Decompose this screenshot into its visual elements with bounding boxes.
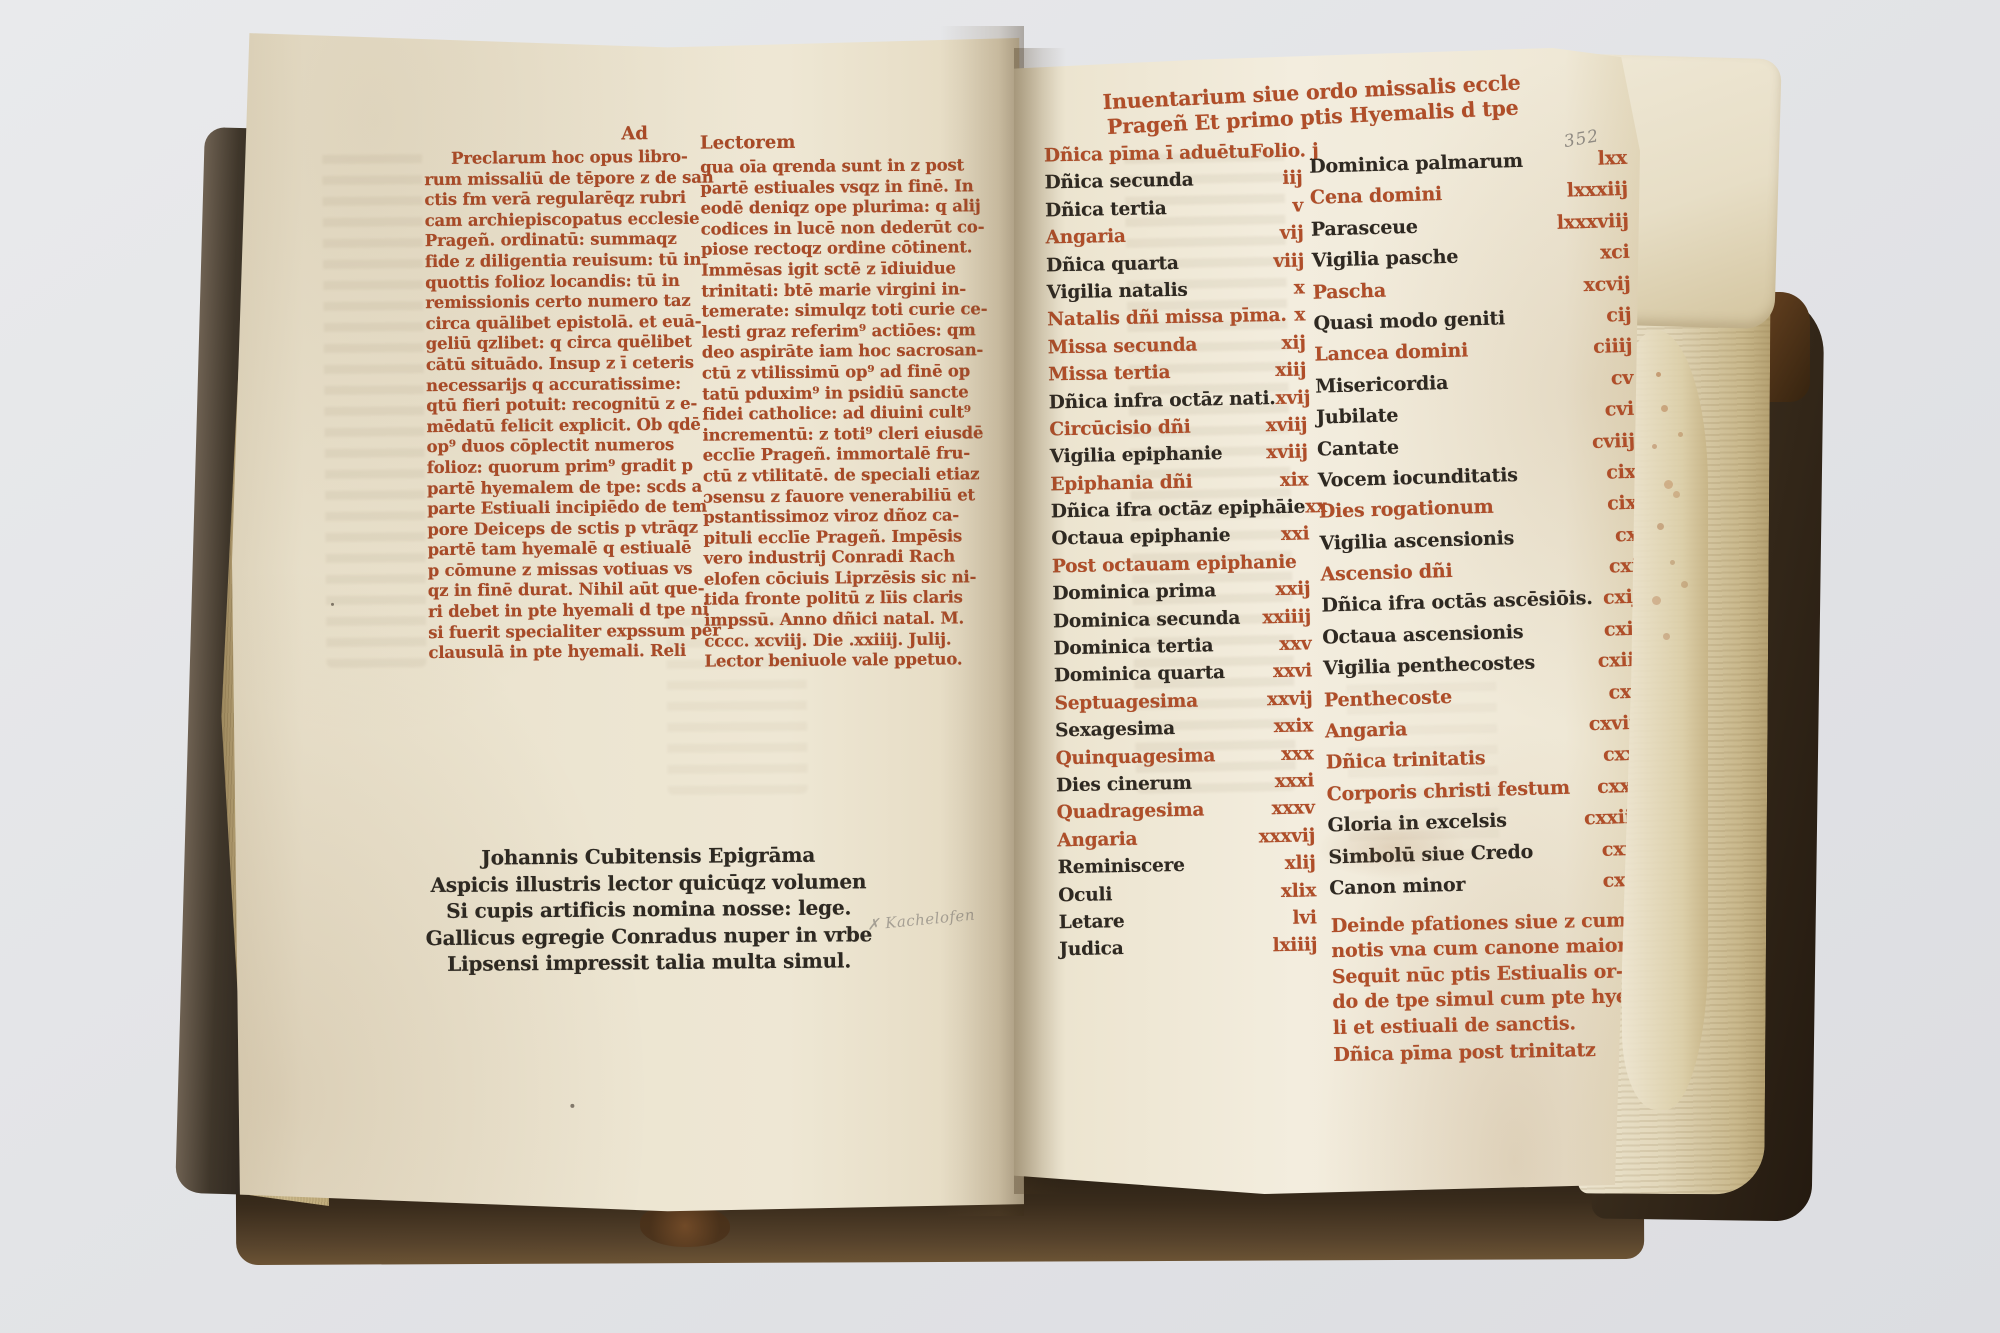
index-row-gap [1386,291,1584,297]
index-row-gap [1442,197,1567,200]
index-row-gap [1570,793,1597,794]
index-entry-label: Dñica pīma ī aduētu [1044,141,1250,166]
index-entry-folio: cij [1606,304,1632,327]
index-entry-folio: cix [1606,461,1636,484]
left-page-column-1: Preclarum hoc opus libro-rum missaliū de… [424,147,720,664]
index-entry-folio: vij [1280,223,1304,244]
index-entry-label: Post octauam epiphanie [1052,552,1297,578]
index-entry-label: Dominica tertia [1053,635,1213,659]
index-entry-label: Dñica trinitatis [1325,747,1485,773]
printed-text-line: partē hyemalem de tpe: scds a [427,476,719,499]
index-entry-folio: xxx [1281,743,1314,765]
index-entry-label: Dñica infra octāz nati. [1049,388,1276,413]
paper-speck [331,603,334,606]
index-entry-folio: xvij [1275,387,1310,409]
index-entry-label: Dominica quarta [1054,662,1225,686]
index-entry-label: Vigilia epiphanie [1050,443,1223,467]
printed-text-line: rum missaliū de tēpore z de san [424,167,716,190]
index-entry-folio: xxi [1281,524,1310,546]
paper-speck [570,1104,574,1108]
foxing-spots [1656,372,1661,377]
index-row-gap [1112,897,1281,900]
printed-text-line: pore Deiceps de sctis p vtrāqz [427,517,719,540]
printed-text-line: remissionis certo numero taz [425,291,717,314]
index-row-gap [1507,825,1584,827]
index-entry-label: Cena domini [1310,183,1443,209]
index-entry-label: Pascha [1312,279,1386,303]
index-row-gap [1505,321,1606,324]
index-entry-label: Sexagesima [1055,718,1175,741]
index-entry-label: Dominica prima [1052,580,1216,604]
index-row-gap [1137,842,1259,844]
index-row-gap [1125,924,1293,927]
index-entry-folio: xxxi [1275,770,1315,792]
index-row-gap [1494,510,1608,513]
index-entry-label: Missa secunda [1048,334,1198,358]
index-row-gap [1230,540,1281,541]
index-row-gap [1465,887,1603,891]
epigram-block: Johannis Cubitensis EpigrāmaAspicis illu… [378,841,919,978]
photograph-of-open-incunabulum: Ad Lectorem Preclarum hoc opus libro-rum… [0,0,2000,1333]
index-entry-label: Vigilia ascensionis [1319,527,1514,554]
printed-text-line: si fuerit specialiter expssum per [428,620,720,643]
index-row-gap [1126,239,1280,242]
index-entry-folio: xci [1600,241,1630,264]
index-row-gap [1453,573,1609,577]
index-row-gap [1185,869,1285,871]
index-entry-label: Vocem iocunditatis [1318,464,1518,492]
index-row-gap [1197,349,1281,351]
index-entry-folio: xij [1281,332,1306,353]
index-row-gap [1170,376,1275,378]
printed-text-line: ri debet in pte hyemali d tpe ni [428,600,720,623]
index-entry-folio: xxvi [1273,661,1312,683]
printed-text-line: geliū qzlibet: q circa quēlibet [426,332,718,355]
index-row-gap [1191,431,1266,432]
index-entry-folio: xcvij [1583,272,1631,295]
printed-text-line: Preclarum hoc opus libro- [424,147,716,170]
index-row-gap [1535,667,1598,669]
index-entry-label: Vigilia natalis [1047,280,1188,304]
index-row-gap [1188,294,1294,296]
index-row-gap [1518,478,1607,480]
index-entry-label: Ascensio dñi [1320,560,1453,586]
index-entry-label: Quinquagesima [1055,745,1215,769]
index-row-gap [1514,541,1615,544]
index-entry-label: Circūcisio dñi [1049,417,1191,441]
epigram-line: Si cupis artificis nomina nosse: lege. [379,894,919,925]
index-entry-label: Dies cinerum [1056,773,1192,797]
index-entry-folio: lxiiij [1272,935,1317,957]
left-page-gutter-shadow [940,26,1024,1216]
index-entry-folio: iij [1282,168,1303,189]
index-row-gap [1468,353,1593,356]
index-entry-label: Quasi modo geniti [1313,307,1505,334]
index-row-gap [1225,678,1273,679]
index-entry-folio: xxxvij [1259,825,1316,847]
printed-text-line: partē tam hyemalē q estiualē [427,538,719,561]
index-entry-folio: xlix [1281,880,1317,902]
index-row-gap [1222,459,1266,460]
index-row-gap [1399,447,1592,452]
index-entry-label: Natalis dñi missa pīma. [1047,305,1287,331]
index-entry-folio: viij [1273,250,1304,272]
left-page: Ad Lectorem Preclarum hoc opus libro-rum… [232,26,1024,1216]
index-entry-label: Octaua epiphanie [1051,525,1230,549]
index-entry-label: Penthecoste [1324,686,1453,712]
index-column-right: Dominica palmarum lxx Cena domini lxxxii… [1309,147,1648,909]
index-row-gap [1198,705,1267,706]
index-entry-label: Vigilia pasche [1311,246,1458,272]
final-index-entry: Dñica pīma post trinitatz i [1333,1038,1645,1066]
index-row-gap [1398,416,1605,422]
index-entry-label: Quadragesima [1056,800,1204,824]
printed-text-line: qtū fieri potuit: recognitū z e- [426,394,718,417]
index-entry-label: Dñica ifra octāz epiphāie [1051,497,1306,523]
closing-rubric-line: li et estiuali de sanctis. [1333,1010,1645,1041]
index-row-gap [1407,730,1589,735]
printed-text-line: mēdatū felicit explicit. Ob qdē [426,414,718,437]
index-row-gap [1216,595,1275,596]
index-row-gap [1458,259,1600,263]
closing-rubric: Deinde pfationes siue z cumnotis vna cum… [1331,908,1645,1041]
index-row-gap [1523,165,1598,167]
index-entry-folio: cv [1611,367,1634,390]
index-entry-folio: xxiiij [1262,606,1311,628]
index-row-gap [1194,184,1283,186]
printed-text-line: circa quālibet epistolā. et euā- [425,311,717,334]
printed-text-line: quottis folioz locandis: tū in [425,270,717,293]
index-entry-folio: cviij [1592,429,1636,452]
right-page-gutter-shadow [1014,48,1066,1194]
index-entry-folio: v [1292,195,1303,216]
index-row-gap [1204,815,1271,816]
index-entry-folio: lxx [1597,147,1627,170]
index-entry-folio: xviij [1266,442,1308,464]
index-entry-label: Oculi [1058,884,1112,906]
index-entry-folio: x [1294,277,1305,298]
printed-text-line: cātū situādo. Insup z ī ceteris [426,352,718,375]
index-entry-folio: cvi [1605,398,1635,421]
index-row-gap [1486,761,1604,764]
index-row-gap [1533,855,1602,857]
index-entry-folio: xxij [1275,579,1310,601]
index-entry-label: Misericordia [1315,372,1449,398]
index-entry-folio: lxxxviij [1557,210,1630,234]
printed-text-line: op⁹ duos cōplectit numeros [427,435,719,458]
index-entry-label: Letare [1059,911,1125,933]
index-row: Judica lxiiij [1059,935,1317,967]
index-entry-folio: lvi [1292,907,1317,928]
index-entry-folio: xviij [1266,414,1308,436]
epigram-line: Lipsensi impressit talia multa simul. [379,947,919,978]
index-entry-folio: xiij [1275,360,1306,382]
index-entry-folio: cix [1607,492,1637,515]
index-row-gap [1452,698,1609,702]
index-entry-label: Dominica palmarum [1309,150,1523,178]
printed-text-line: fide z diligentia reuisum: tū in [425,250,717,273]
index-row-gap [1193,486,1280,488]
index-entry-label: Judica [1059,938,1124,960]
index-entry-label: Epiphania dñi [1050,471,1193,495]
printed-text-line: cam archiepiscopatus ecclesie [425,208,717,231]
printed-text-line: ctis fm verā regularēqz rubri [424,188,716,211]
header-word-ad: Ad [532,123,648,145]
index-row-gap [1213,650,1279,651]
index-row-gap [1524,636,1605,638]
index-entry-folio: xxix [1274,716,1314,738]
index-row-gap [1215,760,1281,761]
index-entry-folio: x [1294,305,1305,326]
printed-text-line: parte Estiuali incipiēdo de tem [427,497,719,520]
index-row-gap [1418,229,1557,233]
index-entry-folio: ciiij [1593,335,1633,358]
index-entry-label: Angaria [1325,718,1408,742]
right-page: 352 Inuentarium siue ordo missalis eccle… [1014,48,1640,1194]
index-entry-folio: xxvij [1267,688,1313,710]
index-entry-folio: xlij [1285,853,1316,875]
index-entry-label: Dies rogationum [1318,496,1493,523]
index-entry-label: Vigilia penthecostes [1323,652,1535,680]
printed-text-line: clausulā in pte hyemali. Reli [428,641,720,664]
index-entry-label: Missa tertia [1048,362,1170,385]
index-entry-label: Dñica secunda [1044,170,1193,194]
showthrough-ghost-text [322,147,427,668]
index-entry-folio: xxv [1279,633,1312,655]
index-entry-label: Angaria [1057,829,1137,852]
index-row-gap [1124,952,1273,955]
index-entry-label: Jubilate [1316,404,1399,428]
index-entry-label: Septuagesima [1054,690,1198,714]
printed-text-line: Prageñ. ordinatū: summaqz [425,229,717,252]
printed-text-line: qz in finē durat. Nihil aūt que- [428,579,720,602]
index-row-gap [1448,384,1611,389]
printed-text-line: necessarijs q accuratissime: [426,373,718,396]
printed-text-line: folioz: quorum prim⁹ gradit p [427,455,719,478]
index-row-gap [1192,787,1275,789]
index-entry-label: Dñica pīma post trinitatz [1333,1039,1596,1066]
index-entry-folio: xxxv [1271,798,1314,820]
index-entry-folio: lxxxiij [1566,178,1628,202]
index-entry-label: Lancea domini [1314,340,1468,366]
index-row-gap [1179,267,1274,269]
leather-wear-patch [640,1205,730,1247]
index-entry-label: Reminiscere [1058,855,1185,878]
index-entry-label: Parasceue [1311,216,1418,241]
index-column-left: Dñica pīma ī aduētu Folio. j Dñica secun… [1044,140,1318,967]
printed-text-line: p cōmune z missas votiuas vs [428,558,720,581]
index-entry-label: Cantate [1317,436,1399,460]
index-entry-folio: xix [1280,469,1309,491]
index-row-gap [1175,732,1274,734]
index-entry-label: Dominica secunda [1053,607,1241,632]
index-entry-label: Octaua ascensionis [1322,621,1524,649]
index-title: Inuentarium siue ordo missalis ecclePrag… [1076,69,1548,141]
index-row-gap [1167,211,1293,213]
